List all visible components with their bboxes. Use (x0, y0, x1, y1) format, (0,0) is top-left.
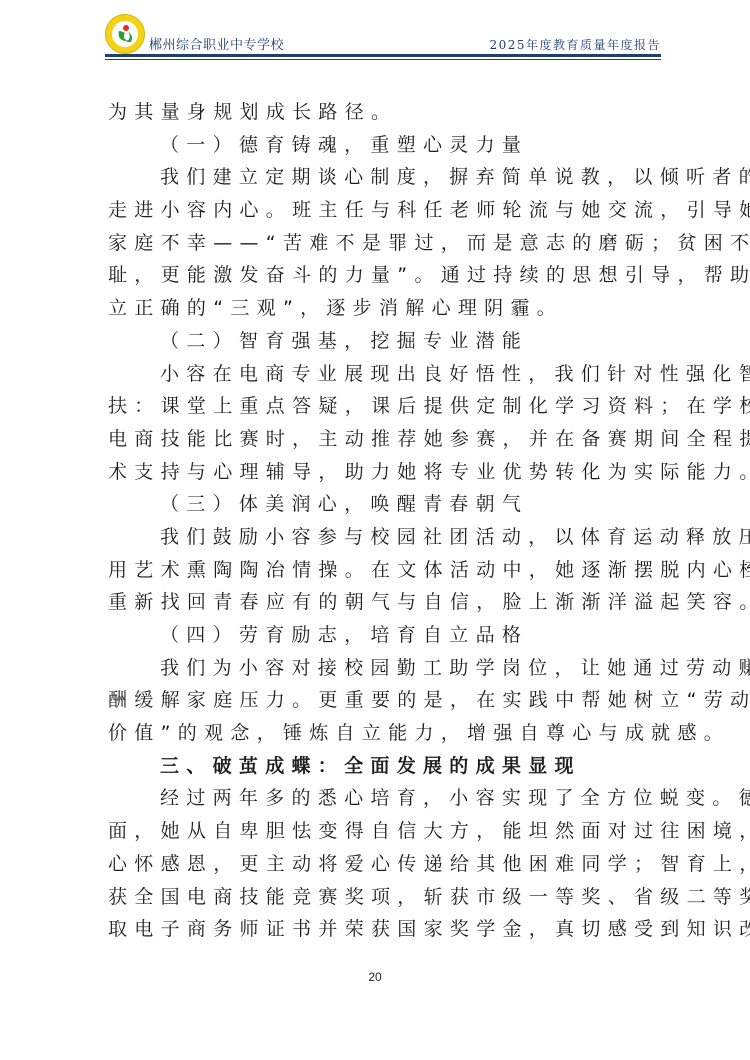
text-line: （二）智育强基，挖掘专业潜能 (108, 325, 664, 358)
page-header: 郴州综合职业中专学校 2025年度教育质量年度报告 (105, 12, 661, 60)
emblem-mark-icon (113, 22, 137, 46)
text-line: （三）体美润心，唤醒青春朝气 (108, 488, 664, 521)
text-line: 用艺术熏陶陶冶情操。在文体活动中，她逐渐摆脱内心桎梏， (108, 554, 664, 587)
text-line: 面，她从自卑胆怯变得自信大方，能坦然面对过往困境，不仅 (108, 815, 664, 848)
text-line: 获全国电商技能竞赛奖项，斩获市级一等奖、省级二等奖，考 (108, 881, 664, 914)
text-line: 扶：课堂上重点答疑，课后提供定制化学习资料；在学校举办 (108, 390, 664, 423)
text-line: 酬缓解家庭压力。更重要的是，在实践中帮她树立“劳动创造 (108, 684, 664, 717)
page-number: 20 (0, 970, 750, 984)
section-heading: 三、破茧成蝶：全面发展的成果显现 (108, 750, 664, 783)
text-line: 电商技能比赛时，主动推荐她参赛，并在备赛期间全程提供技 (108, 423, 664, 456)
text-line: 我们鼓励小容参与校园社团活动，以体育运动释放压力， (108, 521, 664, 554)
text-line: 我们为小容对接校园勤工助学岗位，让她通过劳动赚取报 (108, 652, 664, 685)
text-line: 价值”的观念，锤炼自立能力，增强自尊心与成就感。 (108, 717, 664, 750)
text-line: 为其量身规划成长路径。 (108, 96, 664, 129)
school-name: 郴州综合职业中专学校 (149, 34, 284, 53)
text-line: 耻，更能激发奋斗的力量”。通过持续的思想引导，帮助她树 (108, 259, 664, 292)
school-emblem-icon (105, 14, 145, 54)
text-line: 心怀感恩，更主动将爱心传递给其他困难同学；智育上，她屡 (108, 848, 664, 881)
text-line: 重新找回青春应有的朝气与自信，脸上渐渐洋溢起笑容。 (108, 586, 664, 619)
text-line: （一）德育铸魂，重塑心灵力量 (108, 129, 664, 162)
text-line: 家庭不幸——“苦难不是罪过，而是意志的磨砺；贫困不可 (108, 227, 664, 260)
text-line: 经过两年多的悉心培育，小容实现了全方位蜕变。德育方 (108, 782, 664, 815)
text-line: 我们建立定期谈心制度，摒弃简单说教，以倾听者的身份 (108, 161, 664, 194)
text-line: 术支持与心理辅导，助力她将专业优势转化为实际能力。 (108, 456, 664, 489)
text-line: （四）劳育励志，培育自立品格 (108, 619, 664, 652)
header-divider-thin (105, 59, 661, 60)
text-line: 取电子商务师证书并荣获国家奖学金，真切感受到知识改变命 (108, 913, 664, 946)
report-title: 2025年度教育质量年度报告 (489, 36, 661, 53)
text-line: 立正确的“三观”，逐步消解心理阴霾。 (108, 292, 664, 325)
text-line: 走进小容内心。班主任与科任老师轮流与她交流，引导她正视 (108, 194, 664, 227)
document-body: 为其量身规划成长路径。 （一）德育铸魂，重塑心灵力量 我们建立定期谈心制度，摒弃… (108, 96, 664, 946)
header-divider (105, 54, 661, 57)
text-line: 小容在电商专业展现出良好悟性，我们针对性强化智育帮 (108, 358, 664, 391)
